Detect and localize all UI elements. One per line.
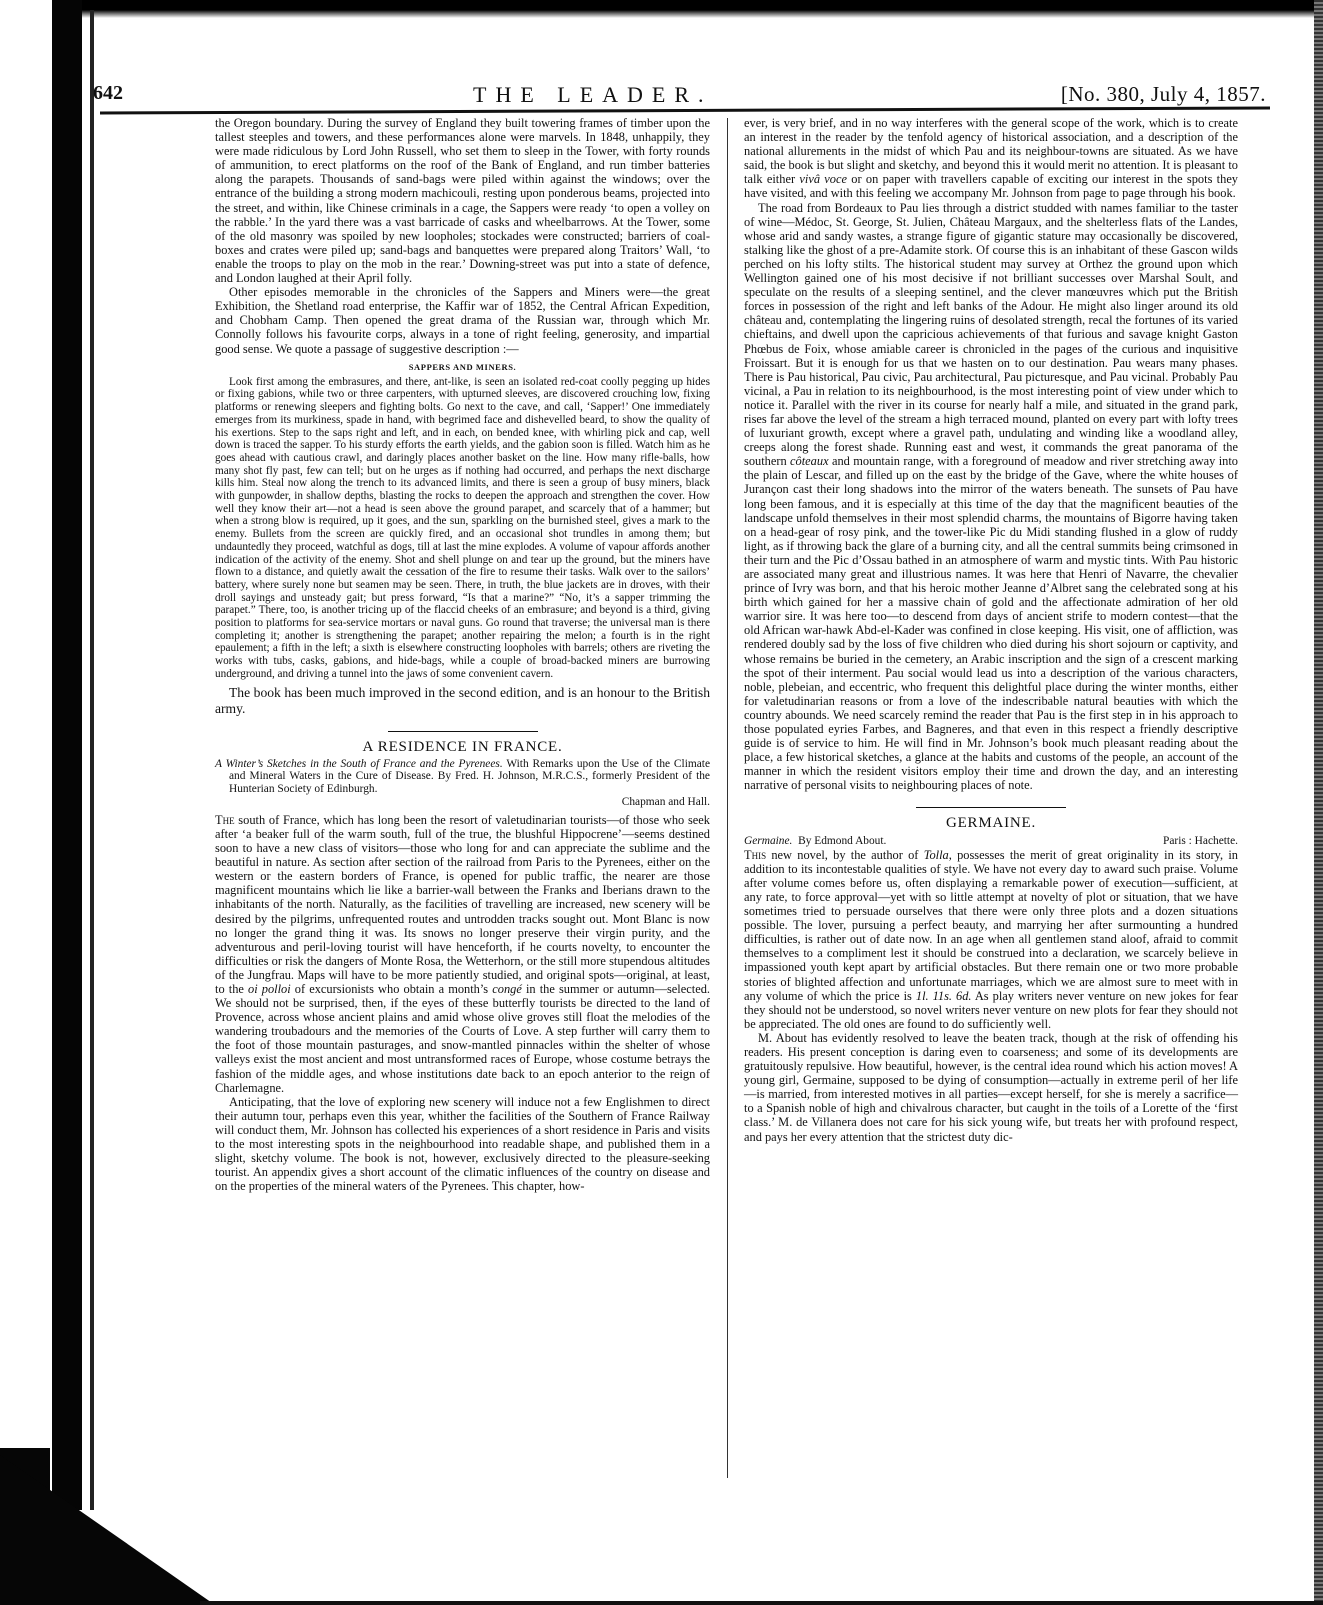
column-divider — [727, 118, 728, 1478]
scan-binding-line — [90, 10, 94, 1510]
paragraph: The south of France, which has long been… — [215, 813, 710, 1095]
book-publisher: Chapman and Hall. — [215, 796, 710, 809]
paragraph: ever, is very brief, and in no way inter… — [744, 116, 1238, 201]
paragraph: This new novel, by the author of Tolla, … — [744, 848, 1238, 1031]
book-title: A Winter’s Sketches in the South of Fran… — [215, 758, 503, 770]
lead-word: This — [744, 848, 766, 862]
book-publisher: Paris : Hachette. — [1163, 834, 1238, 848]
newspaper-title: THE LEADER. — [473, 82, 713, 108]
paragraph: Other episodes memorable in the chronicl… — [215, 285, 710, 355]
book-title: Germaine. — [744, 835, 792, 847]
masthead: 642 THE LEADER. [No. 380, July 4, 1857. — [93, 82, 1271, 104]
section-divider — [388, 731, 538, 732]
left-column: the Oregon boundary. During the survey o… — [215, 116, 710, 1193]
page-number: 642 — [93, 82, 123, 105]
book-citation: Germaine. By Edmond About. Paris : Hache… — [744, 834, 1238, 848]
paragraph: The book has been much improved in the s… — [215, 685, 710, 717]
section-title: GERMAINE. — [744, 816, 1238, 830]
scan-top-edge — [52, 0, 1322, 18]
quote-heading: SAPPERS AND MINERS. — [215, 360, 710, 374]
right-column: ever, is very brief, and in no way inter… — [744, 116, 1238, 1144]
paragraph: M. About has evidently resolved to leave… — [744, 1031, 1238, 1144]
scan-right-edge — [1314, 0, 1323, 1605]
paragraph: Anticipating, that the love of exploring… — [215, 1095, 710, 1194]
scan-binding-shadow — [52, 0, 82, 1510]
section-divider — [916, 807, 1066, 808]
paragraph: the Oregon boundary. During the survey o… — [215, 116, 710, 285]
book-citation: A Winter’s Sketches in the South of Fran… — [215, 758, 710, 809]
scan-bottom-edge — [200, 1601, 1323, 1605]
block-quote: Look first among the embrasures, and the… — [215, 376, 710, 681]
scan-corner-wedge — [0, 1455, 215, 1605]
issue-date: [No. 380, July 4, 1857. — [1061, 82, 1266, 107]
lead-word: The — [215, 813, 235, 827]
book-author: By Edmond About. — [798, 835, 886, 847]
paragraph: The road from Bordeaux to Pau lies throu… — [744, 201, 1238, 793]
section-title: A RESIDENCE IN FRANCE. — [215, 740, 710, 754]
